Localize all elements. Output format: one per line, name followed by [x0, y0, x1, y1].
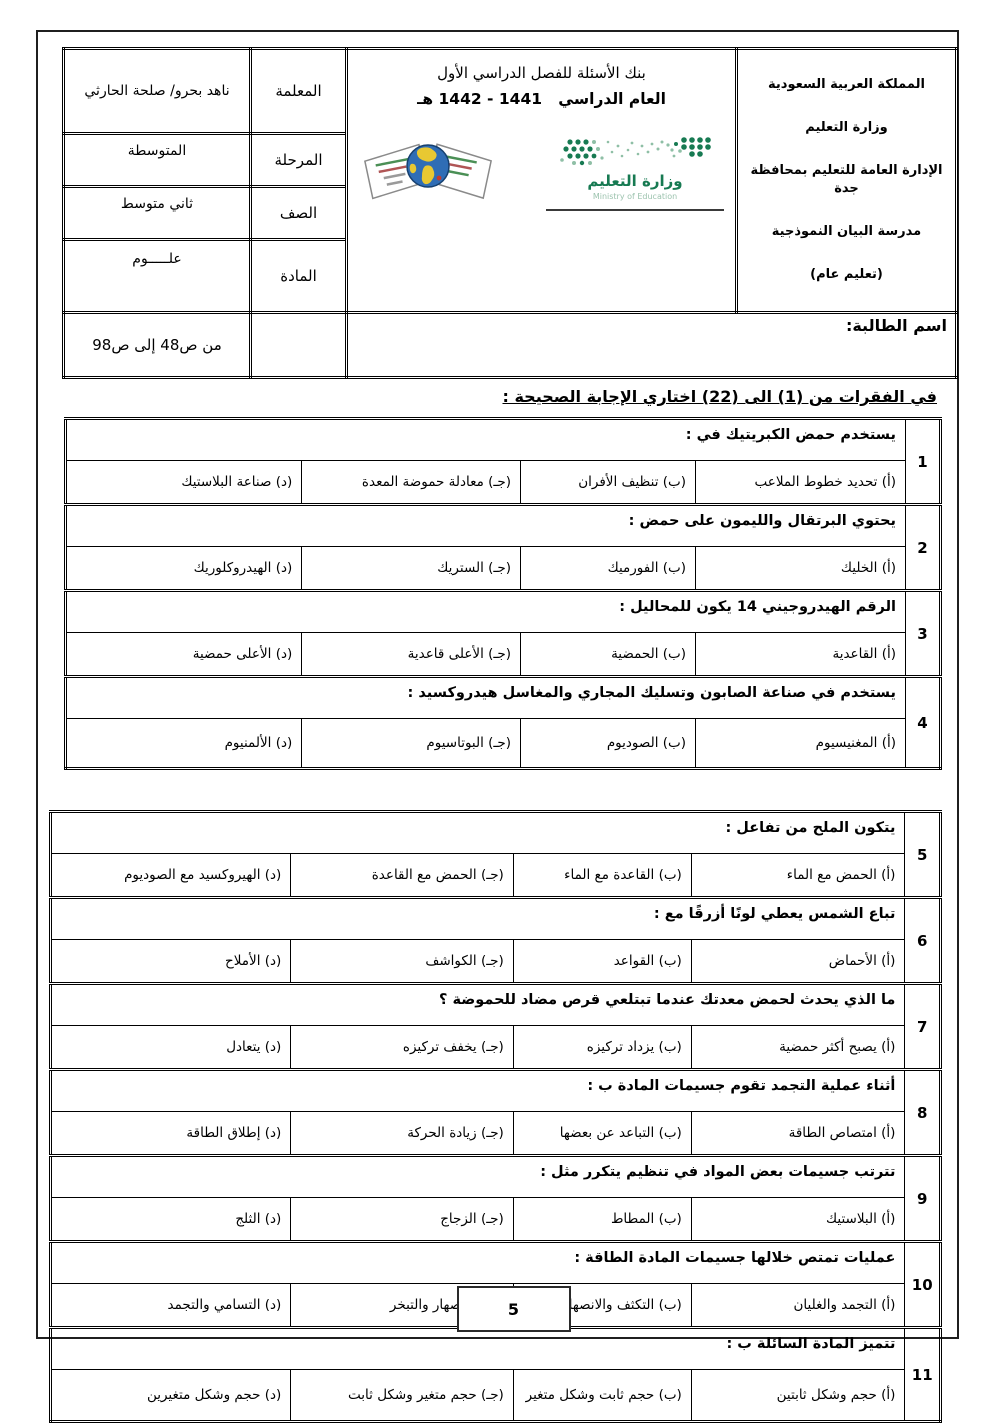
value-grade: ثاني متوسط: [64, 187, 251, 240]
question-number: 9: [905, 1156, 941, 1242]
option-b[interactable]: (ب) التباعد عن بعضها: [513, 1112, 691, 1156]
option-b[interactable]: (ب) حجم ثابت وشكل متغير: [513, 1370, 691, 1422]
option-c[interactable]: (جـ) الستريك: [302, 547, 521, 591]
option-d[interactable]: (د) صناعة البلاستيك: [66, 461, 302, 505]
option-d[interactable]: (د) يتعادل: [51, 1026, 291, 1070]
option-a[interactable]: (أ) القاعدية: [696, 633, 906, 677]
official-line-education-type: (تعليم عام): [743, 266, 950, 285]
moe-dots-icon: [550, 153, 720, 172]
option-b[interactable]: (ب) الفورميك: [521, 547, 696, 591]
question-number: 6: [905, 898, 941, 984]
option-d[interactable]: (د) الهيدروكلوريك: [66, 547, 302, 591]
question-number: 7: [905, 984, 941, 1070]
option-c[interactable]: (جـ) معادلة حموضة المعدة: [302, 461, 521, 505]
header-table: المملكة العربية السعودية وزارة التعليم ا…: [62, 47, 958, 379]
question-text: يستخدم في صناعة الصابون وتسليك المجاري و…: [66, 677, 906, 719]
question-text: تترتب جسيمات بعض المواد في تنظيم يتكرر م…: [51, 1156, 905, 1198]
question-number: 8: [905, 1070, 941, 1156]
question-block-4: 4 يستخدم في صناعة الصابون وتسليك المجاري…: [66, 677, 941, 769]
question-block-1: 1 يستخدم حمض الكبريتيك في : (أ) تحديد خط…: [66, 419, 941, 505]
option-a[interactable]: (أ) يصبح أكثر حمضية: [691, 1026, 905, 1070]
exam-title: بنك الأسئلة للفصل الدراسي الأول: [349, 64, 734, 82]
official-line-country: المملكة العربية السعودية: [743, 76, 950, 95]
option-d[interactable]: (د) إطلاق الطاقة: [51, 1112, 291, 1156]
question-block-11: 11 تتميز المادة السائلة ب : (أ) حجم وشكل…: [51, 1328, 941, 1422]
official-line-school: مدرسة البيان النموذجية: [743, 223, 950, 242]
page-number: 5: [508, 1300, 519, 1319]
student-name-label: اسم الطالبة:: [846, 316, 947, 335]
option-a[interactable]: (أ) التجمد والغليان: [691, 1284, 905, 1328]
question-text: أثناء عملية التجمد تقوم جسيمات المادة ب …: [51, 1070, 905, 1112]
option-a[interactable]: (أ) الحمض مع الماء: [691, 854, 905, 898]
question-text: يحتوي البرتقال والليمون على حمض :: [66, 505, 906, 547]
option-b[interactable]: (ب) القاعدة مع الماء: [513, 854, 691, 898]
option-a[interactable]: (أ) البلاستيك: [691, 1198, 905, 1242]
option-c[interactable]: (جـ) الأعلى قاعدية: [302, 633, 521, 677]
exam-document-page: { "document": { "page_number": "5" }, "c…: [0, 0, 992, 1370]
option-d[interactable]: (د) الأعلى حمضية: [66, 633, 302, 677]
official-header-block: المملكة العربية السعودية وزارة التعليم ا…: [737, 49, 957, 313]
title-cell: بنك الأسئلة للفصل الدراسي الأول العام ال…: [347, 49, 737, 313]
value-stage: المتوسطة: [64, 134, 251, 187]
option-a[interactable]: (أ) المغنيسيوم: [696, 719, 906, 769]
moe-logo-name: وزارة التعليم: [546, 172, 724, 190]
instruction-heading: في الفقرات من (1) الى (22) اختاري الإجاب…: [38, 387, 937, 406]
value-pages-range: من ص48 إلى ص98: [64, 313, 251, 378]
school-globe-logo-icon: [359, 134, 497, 210]
label-grade: الصف: [251, 187, 347, 240]
label-teacher: المعلمة: [251, 49, 347, 134]
question-table-1: 1 يستخدم حمض الكبريتيك في : (أ) تحديد خط…: [64, 417, 942, 770]
question-block-6: 6 تباع الشمس يعطي لونًا أزرقًا مع : (أ) …: [51, 898, 941, 984]
label-stage: المرحلة: [251, 134, 347, 187]
option-a[interactable]: (أ) الأحماض: [691, 940, 905, 984]
option-d[interactable]: (د) الهيروكسيد مع الصوديوم: [51, 854, 291, 898]
question-text: يستخدم حمض الكبريتيك في :: [66, 419, 906, 461]
page-border-frame: المملكة العربية السعودية وزارة التعليم ا…: [36, 30, 959, 1339]
question-text: الرقم الهيدروجيني 14 يكون للمحاليل :: [66, 591, 906, 633]
student-name-field[interactable]: اسم الطالبة:: [347, 313, 957, 378]
question-text: تباع الشمس يعطي لونًا أزرقًا مع :: [51, 898, 905, 940]
option-b[interactable]: (ب) المطاط: [513, 1198, 691, 1242]
official-line-administration: الإدارة العامة للتعليم بمحافظة جدة: [743, 162, 950, 200]
question-number: 1: [906, 419, 941, 505]
question-block-2: 2 يحتوي البرتقال والليمون على حمض : (أ) …: [66, 505, 941, 591]
option-b[interactable]: (ب) تنظيف الأفران: [521, 461, 696, 505]
option-a[interactable]: (أ) امتصاص الطاقة: [691, 1112, 905, 1156]
option-c[interactable]: (جـ) زيادة الحركة: [291, 1112, 514, 1156]
option-d[interactable]: (د) التسامي والتجمد: [51, 1284, 291, 1328]
question-number: 4: [906, 677, 941, 769]
ministry-of-education-logo: وزارة التعليم Ministry of Education: [546, 134, 724, 211]
option-a[interactable]: (أ) تحديد خطوط الملاعب: [696, 461, 906, 505]
question-number: 11: [905, 1328, 941, 1422]
option-a[interactable]: (أ) حجم وشكل ثابتين: [691, 1370, 905, 1422]
question-text: عمليات تمتص خلالها جسيمات المادة الطاقة …: [51, 1242, 905, 1284]
value-teacher: ناهد بحرو/ صلحة الحارثي: [64, 49, 251, 134]
option-c[interactable]: (جـ) حجم متغير وشكل ثابت: [291, 1370, 514, 1422]
value-subject: علـــــوم: [64, 240, 251, 313]
question-text: تتميز المادة السائلة ب :: [51, 1328, 905, 1370]
question-block-8: 8 أثناء عملية التجمد تقوم جسيمات المادة …: [51, 1070, 941, 1156]
page-number-box: 5: [457, 1286, 571, 1332]
option-c[interactable]: (جـ) يخفف تركيزه: [291, 1026, 514, 1070]
option-a[interactable]: (أ) الخليك: [696, 547, 906, 591]
question-number: 3: [906, 591, 941, 677]
option-c[interactable]: (جـ) البوتاسيوم: [302, 719, 521, 769]
question-block-7: 7 ما الذي يحدث لحمض معدتك عندما تبتلعي ق…: [51, 984, 941, 1070]
question-number: 2: [906, 505, 941, 591]
option-c[interactable]: (جـ) الكواشف: [291, 940, 514, 984]
question-block-5: 5 يتكون الملح من تفاعل : (أ) الحمض مع ال…: [51, 812, 941, 898]
label-empty: [251, 313, 347, 378]
question-text: يتكون الملح من تفاعل :: [51, 812, 905, 854]
option-b[interactable]: (ب) الصوديوم: [521, 719, 696, 769]
question-text: ما الذي يحدث لحمض معدتك عندما تبتلعي قرص…: [51, 984, 905, 1026]
option-b[interactable]: (ب) يزداد تركيزه: [513, 1026, 691, 1070]
option-d[interactable]: (د) الألمنيوم: [66, 719, 302, 769]
question-block-9: 9 تترتب جسيمات بعض المواد في تنظيم يتكرر…: [51, 1156, 941, 1242]
option-b[interactable]: (ب) الحمضية: [521, 633, 696, 677]
option-b[interactable]: (ب) القواعد: [513, 940, 691, 984]
question-block-3: 3 الرقم الهيدروجيني 14 يكون للمحاليل : (…: [66, 591, 941, 677]
option-d[interactable]: (د) الثلج: [51, 1198, 291, 1242]
option-c[interactable]: (جـ) الحمض مع القاعدة: [291, 854, 514, 898]
logos-row: وزارة التعليم Ministry of Education: [349, 134, 734, 211]
question-number: 10: [905, 1242, 941, 1328]
option-d[interactable]: (د) الأملاح: [51, 940, 291, 984]
official-line-ministry: وزارة التعليم: [743, 119, 950, 138]
option-c[interactable]: (جـ) الزجاج: [291, 1198, 514, 1242]
label-subject: المادة: [251, 240, 347, 313]
option-d[interactable]: (د) حجم وشكل متغيرين: [51, 1370, 291, 1422]
question-number: 5: [905, 812, 941, 898]
academic-year: العام الدراسي 1441 - 1442 هـ: [349, 90, 734, 108]
moe-logo-subtitle: Ministry of Education: [546, 192, 724, 201]
